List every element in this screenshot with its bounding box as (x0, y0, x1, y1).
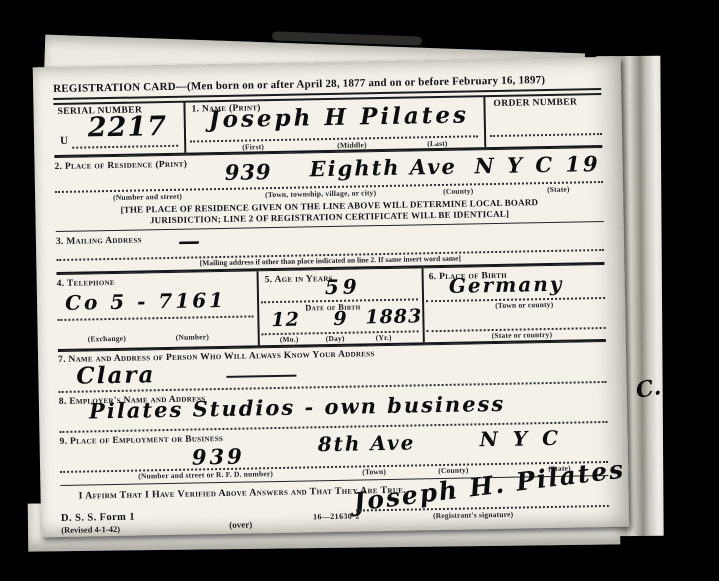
employment-sublabel-town: (Town) (362, 467, 386, 476)
over-note: (over) (229, 519, 252, 529)
mailing-label: 3. Mailing Address (56, 235, 142, 247)
residence-street: Eighth Ave (309, 154, 457, 182)
residence-city: N Y C 19 (474, 151, 600, 178)
serial-dotted-line (72, 145, 178, 149)
employment-sublabel-street: (Number and street or R. F. D. number) (138, 469, 273, 480)
telephone-sublabel-exchange: (Exchange) (88, 334, 126, 344)
employment-street: 8th Ave (317, 430, 415, 456)
registration-card: REGISTRATION CARD—(Men born on or after … (33, 57, 630, 538)
birthplace-sublabel-state: (State or country) (492, 330, 553, 340)
telephone-value: Co 5 - 7161 (65, 288, 226, 315)
name-sublabel-first: (First) (242, 142, 264, 151)
residence-label: 2. Place of Residence (Print) (54, 160, 187, 172)
age-label: 5. Age in Years (265, 274, 333, 285)
age-value: 59 (325, 274, 361, 299)
row4-divider-1 (257, 271, 260, 345)
dob-sublabel-year: (Yr.) (376, 333, 392, 342)
print-code: 16—21630-2 (313, 512, 360, 522)
registration-form: REGISTRATION CARD—(Men born on or after … (53, 57, 610, 537)
residence-sublabel-town: (Town, township, village, or city) (265, 188, 376, 199)
signature-sublabel: (Registrant's signature) (433, 510, 513, 520)
form-revised: (Revised 4-1-42) (61, 524, 120, 535)
residence-number: 939 (224, 159, 271, 185)
name-value: Joseph H Pilates (208, 101, 469, 133)
contact-value: Clara (76, 361, 155, 389)
order-number-label: ORDER NUMBER (493, 97, 577, 109)
employment-city: N Y C (479, 426, 562, 452)
scanned-document-page: C. REGISTRATION CARD—(Men born on or aft… (0, 0, 719, 581)
dob-month: 12 (271, 309, 300, 332)
serial-prefix: U (60, 135, 69, 147)
birthplace-sublabel-town: (Town or county) (495, 300, 553, 310)
telephone-sublabel-number: (Number) (176, 332, 209, 342)
birthplace-value: Germany (449, 272, 564, 298)
telephone-dotted-line (57, 315, 253, 321)
dob-year: 1883 (365, 305, 422, 328)
residence-sublabel-street: (Number and street) (113, 192, 182, 202)
dob-day: 9 (333, 308, 348, 330)
mailing-handwritten-dash: — (178, 228, 201, 254)
contact-handwritten-dash (226, 375, 296, 378)
edge-handwritten-mark: C. (634, 374, 663, 404)
residence-sublabel-county: (County) (443, 186, 474, 196)
name-sublabel-last: (Last) (427, 139, 448, 148)
telephone-label: 4. Telephone (57, 278, 115, 289)
form-number: D. S. S. Form 1 (61, 512, 135, 524)
order-dotted-line (490, 133, 602, 137)
row1-divider-1 (183, 102, 186, 153)
dob-sublabel-day: (Day) (326, 334, 345, 343)
residence-sublabel-state: (State) (547, 185, 570, 194)
employment-number: 939 (192, 444, 245, 470)
serial-number-value: 2217 (88, 111, 168, 143)
dob-sublabel-month: (Mo.) (280, 335, 299, 344)
residence-bottom-rule (56, 221, 604, 232)
row1-divider-2 (483, 96, 486, 147)
